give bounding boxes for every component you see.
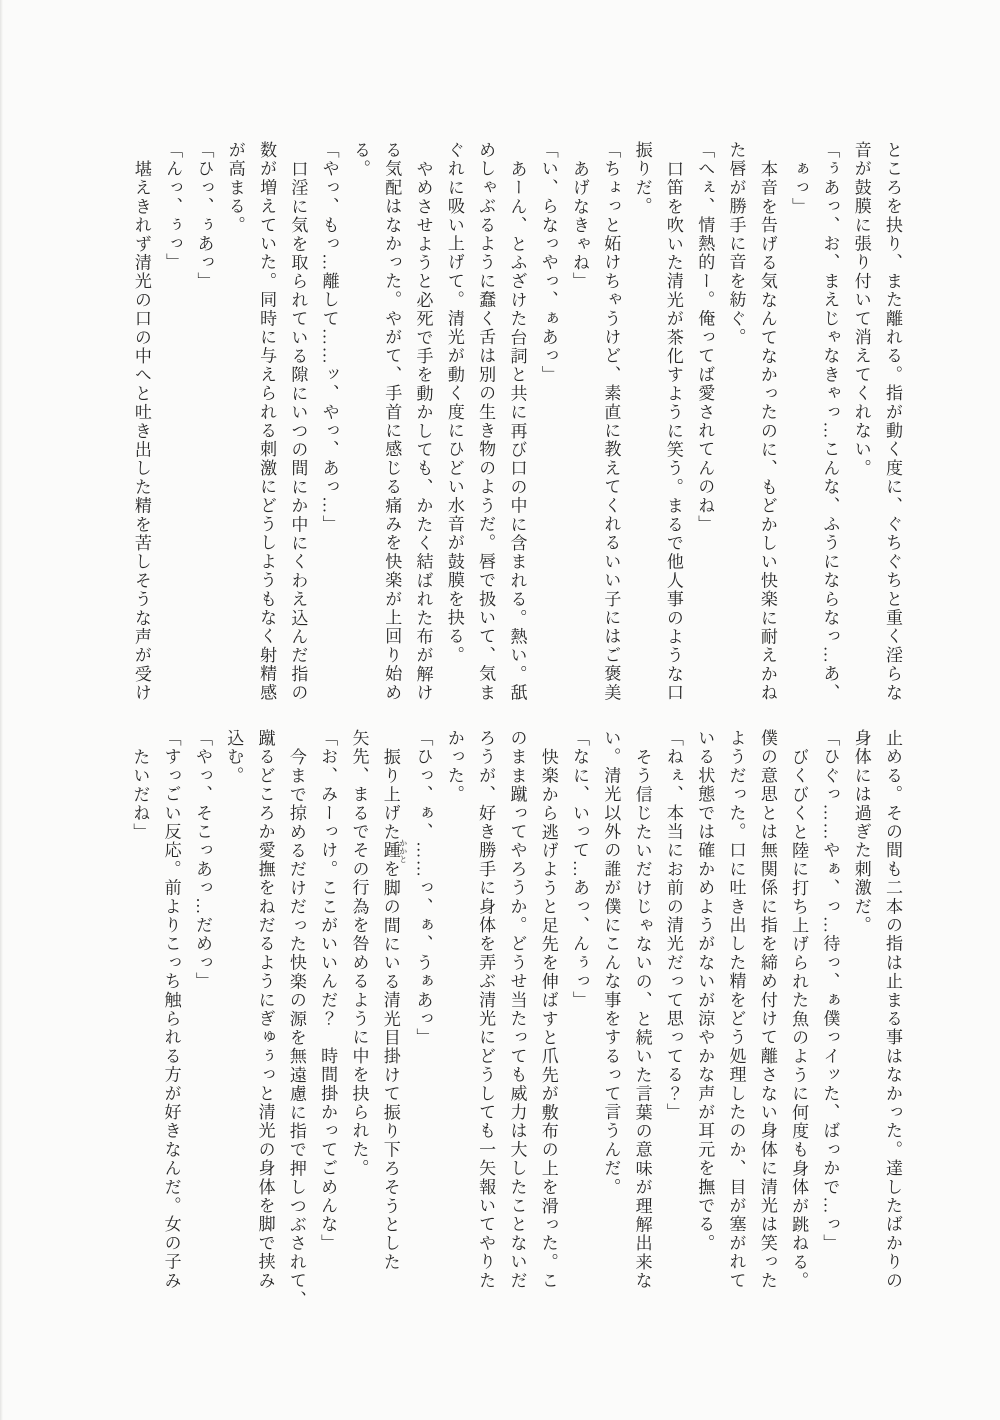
text-line: ぁっ」 (783, 141, 814, 703)
text-line: 「ねぇ、本当にお前の清光だって思ってる？」 (658, 729, 689, 1291)
text-line: 本音を告げる気なんてなかったのに、もどかしい快楽に耐えかね (752, 141, 783, 703)
text-line: 止める。その間も二本の指は止まる事はなかった。達したばかりの (877, 729, 908, 1291)
text-block-upper: ところを抉り、また離れる。指が動く度に、ぐちぐちと重く淫らな音が鼓膜に張り付いて… (124, 141, 908, 703)
text-line: いる状態では確かめようがないが涼やかな声が耳元を撫でる。 (689, 729, 720, 1291)
text-line: 振り上げた踵かかとを脚の間にいる清光目掛けて振り下ろそうとした (374, 729, 407, 1291)
text-line: ようだった。口に吐き出した精をどう処理したのか、目が塞がれて (720, 729, 751, 1291)
text-line: 矢先、まるでその行為を咎めるように中を抉られた。 (343, 729, 374, 1291)
text-line: たいだね」 (124, 729, 155, 1291)
text-line: 「い、らなっやっ、ぁあっ」 (532, 141, 563, 703)
text-line: 蹴るどころか愛撫をねだるようにぎゅぅっと清光の身体を脚で挟み (249, 729, 280, 1291)
text-line: めしゃぶるように蠢く舌は別の生き物のようだ。唇で扱いて、気ま (470, 141, 501, 703)
text-line: びくびくと陸に打ち上げられた魚のように何度も身体が跳ねる。 (783, 729, 814, 1291)
text-line: 「やっ、そこっあっ…だめっ」 (187, 729, 218, 1291)
text-line: ぐれに吸い上げて。清光が動く度にひどい水音が鼓膜を抉る。 (439, 141, 470, 703)
text-line: そう信じたいだけじゃないの、と続いた言葉の意味が理解出来な (626, 729, 657, 1291)
text-line: 「やっ、もっ…離して……ッ、やっ、あっ…」 (313, 141, 344, 703)
text-line: 「お、みーっけ。ここがいいんだ？ 時間掛かってごめんな」 (312, 729, 343, 1291)
text-line: 「ひっ、ぁ、……っ、ぁ、うぁあっ」 (407, 729, 438, 1291)
text-line: 「ひっ、ぅあっ」 (188, 141, 219, 703)
text-line: ところを抉り、また離れる。指が動く度に、ぐちぐちと重く淫らな (877, 141, 908, 703)
text-line: あげなきゃね」 (564, 141, 595, 703)
text-line: 僕の意思とは無関係に指を締め付けて離さない身体に清光は笑った (752, 729, 783, 1291)
text-line: 堪えきれず清光の口の中へと吐き出した精を苦しそうな声が受け (126, 141, 157, 703)
text-line: 口淫に気を取られている隙にいつの間にか中にくわえ込んだ指の (282, 141, 313, 703)
text-line: い。清光以外の誰が僕にこんな事をするって言うんだ。 (595, 729, 626, 1291)
text-line: やめさせようと必死で手を動かしても、かたく結ばれた布が解け (407, 141, 438, 703)
text-line: 振りだ。 (626, 141, 657, 703)
text-line: 今まで掠めるだけだった快楽の源を無遠慮に指で押しつぶされて、 (281, 729, 312, 1291)
text-block-lower: 止める。その間も二本の指は止まる事はなかった。達したばかりの身体には過ぎた刺激だ… (124, 729, 908, 1291)
text-line: 「ぅあっ、お、まえじゃなきゃっ…こんな、ふうにならなっ…あ、 (814, 141, 845, 703)
text-line: 「ちょっと妬けちゃうけど、素直に教えてくれるいい子にはご褒美 (595, 141, 626, 703)
text-line: 身体には過ぎた刺激だ。 (845, 729, 876, 1291)
text-line: 「んっ、ぅっ」 (157, 141, 188, 703)
text-line: あーん、とふざけた台詞と共に再び口の中に含まれる。熱い。舐 (501, 141, 532, 703)
text-line: 口笛を吹いた清光が茶化すように笑う。まるで他人事のような口 (658, 141, 689, 703)
text-line: のまま蹴ってやろうか。どうせ当たっても威力は大したことないだ (501, 729, 532, 1291)
text-line: 「ひぐっ……やぁ、っ…待っ、ぁ僕っイッた、ばっかで…っ」 (814, 729, 845, 1291)
text-line: 「へぇ、情熱的ー。俺ってば愛されてんのね」 (689, 141, 720, 703)
text-line: 快楽から逃げようと足先を伸ばすと爪先が敷布の上を滑った。こ (532, 729, 563, 1291)
text-line: が高まる。 (219, 141, 250, 703)
text-line: 「すっごい反応。前よりこっち触られる方が好きなんだ。女の子み (155, 729, 186, 1291)
ruby-annotated-kanji: 踵かかと (381, 841, 400, 860)
text-line: かった。 (439, 729, 470, 1291)
text-line: る気配はなかった。やがて、手首に感じる痛みを快楽が上回り始め (376, 141, 407, 703)
text-line: た唇が勝手に音を紡ぐ。 (720, 141, 751, 703)
text-line: 込む。 (218, 729, 249, 1291)
text-line: ろうが、好き勝手に身体を弄ぶ清光にどうしても一矢報いてやりた (470, 729, 501, 1291)
text-line: 音が鼓膜に張り付いて消えてくれない。 (845, 141, 876, 703)
text-line: る。 (345, 141, 376, 703)
text-line: 数が増えていた。同時に与えられる刺激にどうしようもなく射精感 (251, 141, 282, 703)
text-line: 「なに、いって…あっ、んぅっ」 (564, 729, 595, 1291)
scanned-page: ところを抉り、また離れる。指が動く度に、ぐちぐちと重く淫らな音が鼓膜に張り付いて… (0, 0, 1000, 1420)
